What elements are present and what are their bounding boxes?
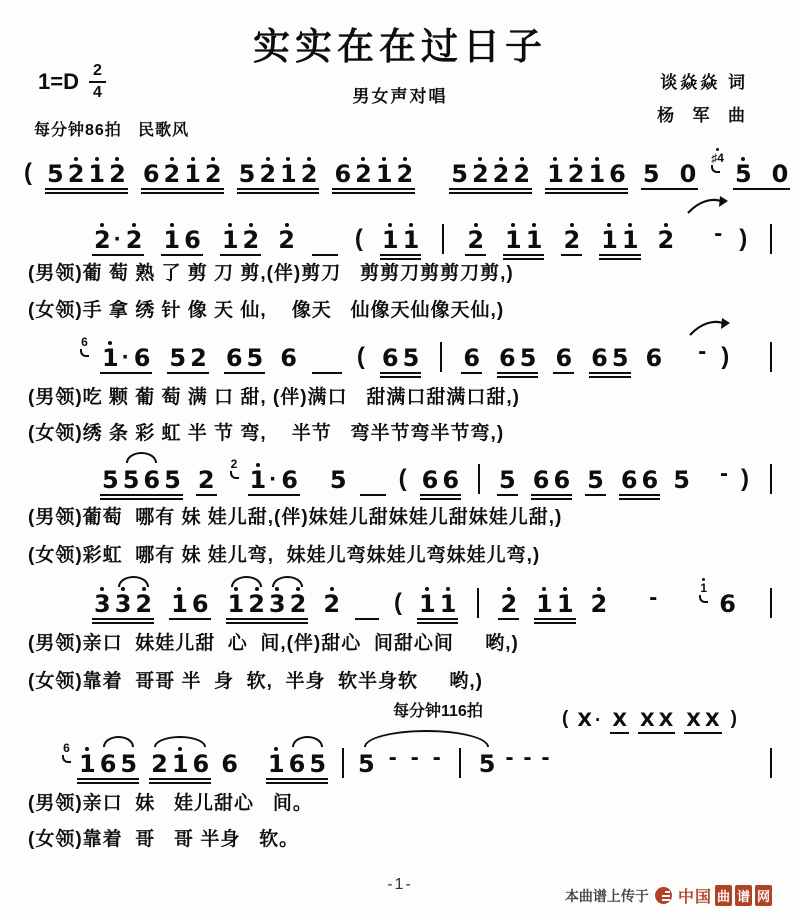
note: 2 <box>151 745 168 776</box>
notation-line-5: 3321612322(112112-16 <box>92 582 776 616</box>
augmentation-dot: · <box>122 346 130 370</box>
note: 6 <box>533 461 550 492</box>
notation-line-3: 61·652656(656656656-) <box>80 336 776 370</box>
note: 5 <box>164 461 181 492</box>
beam-group: 11 <box>380 221 421 252</box>
note: 1 <box>163 221 180 252</box>
note: 6 <box>591 339 608 370</box>
note: 3 <box>94 585 111 616</box>
note: 6 <box>422 461 439 492</box>
meter-numerator: 2 <box>89 62 106 83</box>
note: 5 <box>309 745 326 776</box>
note: 3 <box>115 585 132 616</box>
note: 1 <box>419 585 436 616</box>
note: 2 <box>164 155 181 186</box>
beam-group: 1·6 <box>100 339 152 370</box>
note: 0 <box>772 155 789 186</box>
note: 2 <box>248 585 265 616</box>
note: 5 <box>520 339 537 370</box>
lyrics-line: (女领)靠着 哥 哥 半身 软。 <box>28 824 299 851</box>
barline <box>477 588 479 618</box>
note: 1 <box>228 585 245 616</box>
note: 5 <box>120 745 137 776</box>
paren: ) <box>739 226 747 252</box>
note: 6 <box>334 155 351 186</box>
note: X· <box>577 704 601 730</box>
note: 5 <box>612 339 629 370</box>
extension-line <box>312 254 338 256</box>
paren: ) <box>721 344 729 370</box>
beam-group: 6 <box>461 339 482 370</box>
barline <box>770 588 772 618</box>
note: 1 <box>280 155 297 186</box>
note: 1 <box>505 221 522 252</box>
note: 6 <box>382 339 399 370</box>
beam-group: 2 <box>196 461 217 492</box>
beam-group: 2 <box>465 221 486 252</box>
beam-group: 2·2 <box>92 221 144 252</box>
grace-hook <box>230 471 239 479</box>
slur-group: 12 <box>228 585 265 616</box>
beam-group: 2 <box>561 221 582 252</box>
note: 6 <box>100 745 117 776</box>
note: 5 <box>330 461 347 492</box>
note: 0 <box>680 155 697 186</box>
beam-group: 332 <box>92 585 154 616</box>
note: 5 <box>169 339 186 370</box>
beam-group: 5212 <box>237 155 320 186</box>
note: 1 <box>172 745 189 776</box>
note: 6 <box>719 585 736 616</box>
duration-dash: - <box>433 746 441 770</box>
lyrics-line: (女领)彩虹 哪有 妹 娃儿弯, 妹娃儿弯妹娃儿弯妹娃儿弯,) <box>28 540 540 567</box>
note: 2 <box>243 221 260 252</box>
slur-group: 32 <box>269 585 306 616</box>
song-title: 实实在在过日子 <box>0 16 800 70</box>
notation-line-1: (52126212521262125222121650♯450) <box>24 152 776 186</box>
phrase-arrow-icon <box>686 194 730 216</box>
note: 6 <box>192 585 209 616</box>
note: 2 <box>290 585 307 616</box>
note: 5 <box>451 155 468 186</box>
note: 6 <box>193 745 210 776</box>
grace-note: 6 <box>80 331 89 357</box>
lyrics-line: (女领)手 拿 绣 针 像 天 仙, 像天 仙像天仙像天仙,) <box>28 295 504 322</box>
lyrics-line: (女领)绣 条 彩 虹 半 节 弯, 半节 弯半节弯半节弯,) <box>28 418 504 445</box>
duration-dash: - <box>389 746 397 770</box>
note: 6 <box>280 339 297 370</box>
beam-group: 11 <box>503 221 544 252</box>
extension-line <box>312 372 342 374</box>
note: 1 <box>171 585 188 616</box>
slur-group: 5---5 <box>358 745 495 776</box>
slur-group: 65 <box>289 745 326 776</box>
grace-note: 2 <box>230 453 239 479</box>
note: 2 <box>591 585 608 616</box>
lyrics-line: (男领)亲口 妹娃儿甜 心 间,(伴)甜心 间甜心间 哟,) <box>28 628 519 655</box>
tempo-change-marking: 每分钟116拍 <box>393 698 483 721</box>
beam-group: 1232 <box>226 585 309 616</box>
note: 2 <box>278 221 295 252</box>
note: 2 <box>472 155 489 186</box>
note: 2 <box>355 155 372 186</box>
barline <box>770 342 772 372</box>
note: 1· <box>250 461 278 492</box>
beam-group: 5 <box>497 461 518 492</box>
paren: ( <box>357 344 365 370</box>
beam-group: 165 <box>77 745 139 776</box>
paren: ( <box>24 160 32 186</box>
lyrics-line: (男领)吃 颗 葡 萄 满 口 甜, (伴)满口 甜满口甜满口甜,) <box>28 382 520 409</box>
beam-group: 5565 <box>100 461 183 492</box>
note: 6 <box>281 461 298 492</box>
beam-group: 6212 <box>332 155 415 186</box>
note: 5 <box>587 461 604 492</box>
note: 6 <box>499 339 516 370</box>
note: 2 <box>493 155 510 186</box>
slur-group: 65 <box>100 745 137 776</box>
note: 6 <box>621 461 638 492</box>
duration-dash: - <box>505 746 513 770</box>
note: 6 <box>642 461 659 492</box>
note: 6 <box>221 745 238 776</box>
grace-note: ♯4 <box>711 147 724 173</box>
note: 1 <box>557 585 574 616</box>
note: 1 <box>547 155 564 186</box>
beam-group: 16 <box>169 585 210 616</box>
note: 5 <box>499 461 516 492</box>
percussion-pattern: (X·XXXXX) <box>562 702 776 730</box>
duration-dash: - <box>541 746 549 770</box>
paren: ) <box>731 709 737 730</box>
note: X <box>640 704 655 730</box>
extension-line <box>355 618 379 620</box>
beam-group: 12 <box>220 221 261 252</box>
note: 5 <box>47 155 64 186</box>
note: 5 <box>358 745 375 776</box>
duration-dash: - <box>698 340 706 364</box>
note: 2 <box>135 585 152 616</box>
note: X <box>612 704 627 730</box>
notation-line-2: 2·216122(112112112-) <box>92 218 776 252</box>
beam-group: 11 <box>417 585 458 616</box>
beam-group: 216 <box>149 745 211 776</box>
note: 2 <box>397 155 414 186</box>
site-logo-icon <box>655 887 672 904</box>
note: 6 <box>609 155 626 186</box>
site-name-boxed-char: 谱 <box>735 885 752 906</box>
note: 2 <box>467 221 484 252</box>
note: 1 <box>376 155 393 186</box>
paren: ( <box>399 466 407 492</box>
note: X <box>686 704 701 730</box>
augmentation-dot: · <box>269 468 277 492</box>
grace-note: 6 <box>62 737 71 763</box>
note: 2 <box>190 339 207 370</box>
slur-group: 56 <box>123 461 160 492</box>
duration-dash: - <box>523 746 531 770</box>
duration-dash: - <box>649 586 657 610</box>
note: 2 <box>513 155 530 186</box>
slur-group: 32 <box>115 585 152 616</box>
beam-group: 50 <box>641 155 698 186</box>
note: 6 <box>553 461 570 492</box>
note: 1 <box>440 585 457 616</box>
note: 6 <box>289 745 306 776</box>
phrase-arrow-icon <box>688 316 732 338</box>
paren: ( <box>394 590 402 616</box>
lyrics-line: (女领)靠着 哥哥 半 身 软, 半身 软半身软 哟,) <box>28 666 483 693</box>
note: 2 <box>563 221 580 252</box>
note: 6 <box>442 461 459 492</box>
notation-line-6: 616521661655---5--- <box>62 742 776 776</box>
note: 1 <box>588 155 605 186</box>
note: 3 <box>269 585 286 616</box>
augmentation-dot: · <box>595 711 601 730</box>
note: 2 <box>568 155 585 186</box>
note: 6 <box>143 461 160 492</box>
note: 1 <box>526 221 543 252</box>
note: 1 <box>79 745 96 776</box>
note: 2· <box>94 221 122 252</box>
note: 5 <box>123 461 140 492</box>
watermark: 本曲谱上传于 中国 曲谱网 <box>565 884 772 907</box>
note: 2 <box>323 585 340 616</box>
tempo-marking: 每分钟86拍 民歌风 <box>34 117 189 140</box>
beam-group: 6 <box>553 339 574 370</box>
site-name-boxed-char: 网 <box>755 885 772 906</box>
note: 2 <box>301 155 318 186</box>
beam-group: 65 <box>380 339 421 370</box>
beam-group: 6212 <box>141 155 224 186</box>
note: 2 <box>259 155 276 186</box>
note: 5 <box>247 339 264 370</box>
sheet-music-page: 实实在在过日子 1=D 2 4 男女声对唱 谈焱焱 词 杨 军 曲 每分钟86拍… <box>0 0 800 917</box>
note: 5 <box>673 461 690 492</box>
note: 1· <box>102 339 130 370</box>
barline <box>770 748 772 778</box>
barline <box>478 464 480 494</box>
lyricist-credit: 谈焱焱 词 <box>660 68 748 93</box>
site-name-solid: 中国 <box>678 884 712 907</box>
note: 5 <box>239 155 256 186</box>
beam-group: X <box>610 704 629 730</box>
note: 1 <box>222 221 239 252</box>
barline <box>440 342 442 372</box>
beam-group: 16 <box>161 221 202 252</box>
note: 5 <box>403 339 420 370</box>
tempo-text: 每分钟86拍 <box>34 122 122 139</box>
extension-line <box>360 494 386 496</box>
paren: ) <box>741 466 749 492</box>
note: 2 <box>205 155 222 186</box>
beam-group: 5222 <box>449 155 532 186</box>
beam-group: 65 <box>497 339 538 370</box>
style-text: 民歌风 <box>138 122 189 139</box>
note: 2 <box>126 221 143 252</box>
site-name-boxed-char: 曲 <box>715 885 732 906</box>
beam-group: 50 <box>733 155 790 186</box>
notation-line-4: 5565221·65(665665665-) <box>100 458 776 492</box>
beam-group: 11 <box>599 221 640 252</box>
note: 6 <box>463 339 480 370</box>
note: 6 <box>646 339 663 370</box>
note: X <box>705 704 720 730</box>
note: 1 <box>88 155 105 186</box>
lyrics-line: (男领)葡 萄 熟 了 剪 刀 剪,(伴)剪刀 剪剪刀剪剪刀剪,) <box>28 258 514 285</box>
note: 5 <box>102 461 119 492</box>
barline <box>442 224 444 254</box>
note: 1 <box>382 221 399 252</box>
beam-group: 5 <box>585 461 606 492</box>
beam-group: 65 <box>589 339 630 370</box>
note: 1 <box>601 221 618 252</box>
note: 2 <box>500 585 517 616</box>
slur-group: 216 <box>151 745 209 776</box>
augmentation-dot: · <box>114 228 122 252</box>
paren: ( <box>355 226 363 252</box>
beam-group: 11 <box>534 585 575 616</box>
note: 2 <box>68 155 85 186</box>
barline <box>770 464 772 494</box>
beam-group: 66 <box>531 461 572 492</box>
grace-hook <box>699 595 708 603</box>
note: 5 <box>643 155 660 186</box>
composer-credit: 杨 军 曲 <box>657 101 748 126</box>
grace-note: 1 <box>699 577 708 603</box>
grace-hook <box>711 165 720 173</box>
lyrics-line: (男领)葡萄 哪有 妹 娃儿甜,(伴)妹娃儿甜妹娃儿甜妹娃儿甜,) <box>28 502 562 529</box>
beam-group: 165 <box>266 745 328 776</box>
grace-hook <box>80 349 89 357</box>
note: 6 <box>134 339 151 370</box>
beam-group: 1·6 <box>248 461 300 492</box>
barline <box>770 224 772 254</box>
note: 1 <box>536 585 553 616</box>
beam-group: XX <box>684 704 721 730</box>
note: 1 <box>622 221 639 252</box>
note: 5 <box>479 745 496 776</box>
note: 2 <box>658 221 675 252</box>
beam-group: 1216 <box>545 155 628 186</box>
beam-group: 52 <box>167 339 208 370</box>
duration-dash: - <box>714 222 722 246</box>
grace-hook <box>62 755 71 763</box>
duration-dash: - <box>720 462 728 486</box>
beam-group: 5212 <box>45 155 128 186</box>
note: 6 <box>226 339 243 370</box>
paren: ( <box>562 709 568 730</box>
note: 2 <box>198 461 215 492</box>
lyrics-line: (男领)亲口 妹 娃儿甜心 间。 <box>28 788 313 815</box>
beam-group: XX <box>638 704 675 730</box>
note: 6 <box>555 339 572 370</box>
note: 2 <box>109 155 126 186</box>
note: 5 <box>735 155 752 186</box>
beam-group: 65 <box>224 339 265 370</box>
note: 1 <box>268 745 285 776</box>
note: X <box>659 704 674 730</box>
duration-dash: - <box>411 746 419 770</box>
site-name: 中国 曲谱网 <box>678 884 772 907</box>
beam-group: 2 <box>498 585 519 616</box>
barline <box>342 748 344 778</box>
note: 6 <box>184 221 201 252</box>
beam-group: 66 <box>420 461 461 492</box>
note: 6 <box>143 155 160 186</box>
note: 1 <box>184 155 201 186</box>
note: 1 <box>403 221 420 252</box>
barline <box>459 748 461 778</box>
watermark-text: 本曲谱上传于 <box>565 886 649 906</box>
beam-group: 66 <box>619 461 660 492</box>
